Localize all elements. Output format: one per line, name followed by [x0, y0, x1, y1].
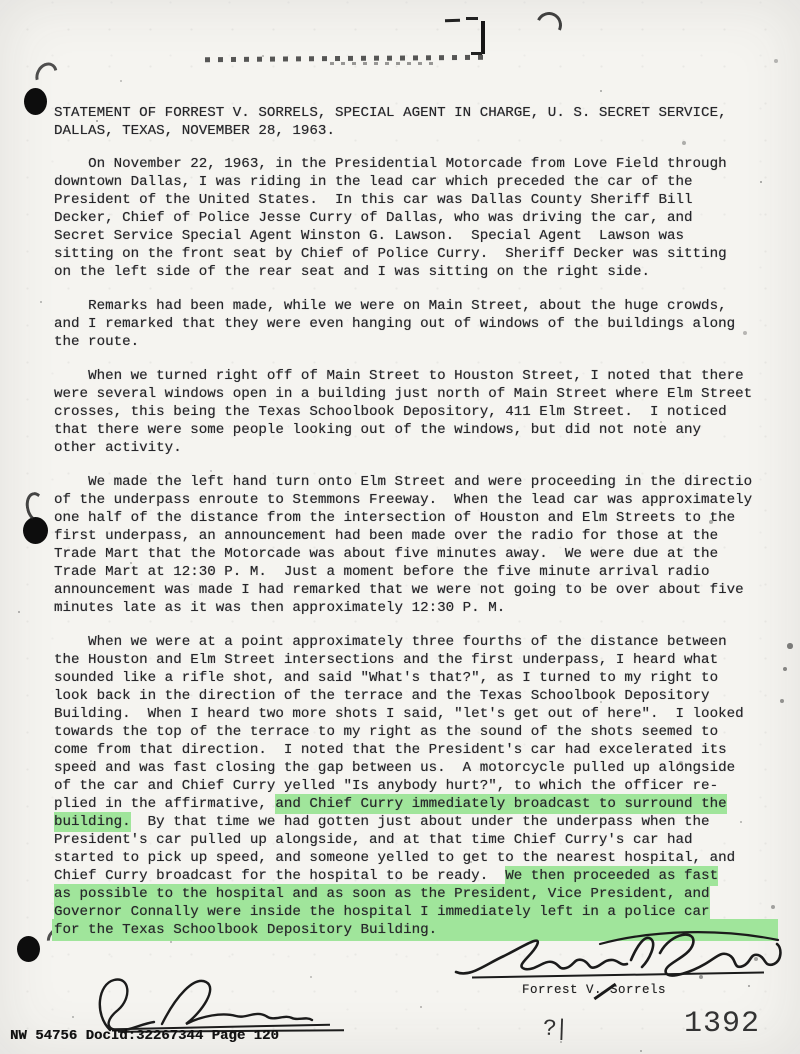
stamp-residue-dash	[445, 19, 460, 23]
paragraph: Remarks had been made, while we were on …	[54, 297, 778, 351]
paragraph: When we turned right off of Main Street …	[54, 367, 778, 457]
stamp-residue-smear	[330, 62, 440, 65]
scan-noise	[0, 0, 2, 2]
punch-smudge	[23, 490, 49, 524]
body-text: On November 22, 1963, in the Presidentia…	[54, 156, 727, 280]
stamp-residue-bracket	[481, 21, 485, 54]
hole-punch-bottom	[17, 936, 40, 962]
body-text: When we turned right off of Main Street …	[54, 368, 752, 456]
paragraph: When we were at a point approximately th…	[54, 633, 778, 939]
paragraph: On November 22, 1963, in the Presidentia…	[54, 155, 778, 281]
body-text: When we were at a point approximately th…	[54, 634, 744, 812]
body-text: We made the left hand turn onto Elm Stre…	[54, 474, 752, 616]
page-number-stamp: 1392	[684, 1007, 760, 1041]
hole-punch-top	[24, 88, 47, 115]
typed-signer-name: Forrest V. Sorrels	[522, 983, 666, 997]
marginalia-mark: ?|	[543, 1016, 568, 1043]
document-body: On November 22, 1963, in the Presidentia…	[54, 155, 778, 939]
document-content: STATEMENT OF FORREST V. SORRELS, SPECIAL…	[54, 104, 778, 955]
stamp-residue-dash	[466, 17, 478, 20]
body-text: Remarks had been made, while we were on …	[54, 298, 735, 350]
scanned-document-page: STATEMENT OF FORREST V. SORRELS, SPECIAL…	[0, 0, 800, 1054]
paragraph: We made the left hand turn onto Elm Stre…	[54, 473, 778, 617]
archive-reference: NW 54756 DocId:32267344 Page 120	[10, 1028, 279, 1044]
document-header: STATEMENT OF FORREST V. SORRELS, SPECIAL…	[54, 104, 778, 140]
punch-smudge	[31, 59, 62, 92]
stamp-residue-curl	[532, 8, 565, 41]
